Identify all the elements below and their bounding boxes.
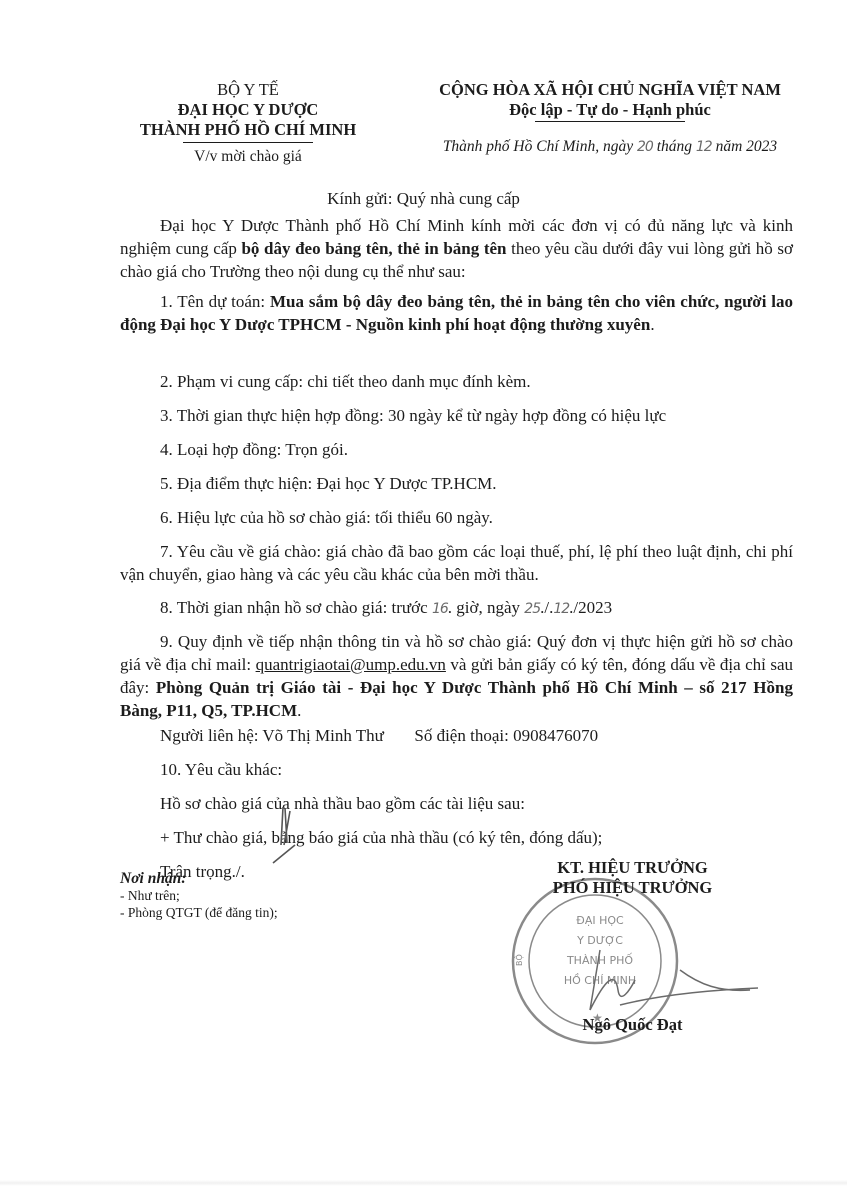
motto-divider xyxy=(535,121,685,122)
contact-info: Người liên hệ: Võ Thị Minh Thư Số điện t… xyxy=(160,724,598,747)
item-8-mid: . giờ, ngày xyxy=(448,598,525,617)
deadline-day-handwritten: 25 xyxy=(524,601,540,617)
item-2-scope: 2. Phạm vi cung cấp: chi tiết theo danh … xyxy=(160,370,531,393)
item-8-label: 8. Thời gian nhận hồ sơ chào giá: trước xyxy=(160,598,432,617)
recipient-item: - Như trên; xyxy=(120,887,278,904)
header-divider xyxy=(183,142,313,143)
contact-phone: Số điện thoại: 0908476070 xyxy=(414,726,598,745)
svg-text:BỘ: BỘ xyxy=(513,954,524,966)
salutation: Kính gửi: Quý nhà cung cấp xyxy=(0,187,847,210)
intro-paragraph: Đại học Y Dược Thành phố Hồ Chí Minh kín… xyxy=(120,214,793,283)
recipients-block: Nơi nhận: - Như trên; - Phòng QTGT (để đ… xyxy=(120,870,278,921)
item-8-year: ./2023 xyxy=(569,598,612,617)
item-8-deadline: 8. Thời gian nhận hồ sơ chào giá: trước … xyxy=(160,596,612,621)
signature-title-2: PHÓ HIỆU TRƯỞNG xyxy=(520,878,745,898)
date-month-label: tháng xyxy=(657,138,692,155)
contact-person: Người liên hệ: Võ Thị Minh Thư xyxy=(160,726,384,745)
item-10-other-requirements: 10. Yêu cầu khác: xyxy=(160,758,282,781)
university-name-line1: ĐẠI HỌC Y DƯỢC xyxy=(108,100,388,120)
initials-mark-icon xyxy=(265,805,305,865)
signature-icon xyxy=(560,930,760,1020)
item-6-validity: 6. Hiệu lực của hồ sơ chào giá: tối thiể… xyxy=(160,506,493,529)
intro-product: bộ dây đeo bảng tên, thẻ in bảng tên xyxy=(241,239,506,258)
date-day-handwritten: 20 xyxy=(637,139,653,155)
email-link[interactable]: quantrigiaotai@ump.edu.vn xyxy=(256,655,446,674)
item-4-contract-type: 4. Loại hợp đồng: Trọn gói. xyxy=(160,438,348,461)
item-7-price-requirements: 7. Yêu cầu về giá chào: giá chào đã bao … xyxy=(120,540,793,586)
item-1-label: 1. Tên dự toán: xyxy=(160,292,270,311)
signature-title-1: KT. HIỆU TRƯỞNG xyxy=(520,858,745,878)
deadline-hour-handwritten: 16 xyxy=(432,601,448,617)
recipients-title: Nơi nhận: xyxy=(120,870,278,887)
item-9-submission: 9. Quy định về tiếp nhận thông tin và hồ… xyxy=(120,630,793,722)
recipient-item: - Phòng QTGT (để đăng tin); xyxy=(120,904,278,921)
document-date: Thành phố Hồ Chí Minh, ngày 20 tháng 12 … xyxy=(405,138,815,156)
date-prefix: Thành phố Hồ Chí Minh, ngày xyxy=(443,138,633,155)
item-9-end: . xyxy=(297,701,301,720)
item-10-line-2: + Thư chào giá, bảng báo giá của nhà thầ… xyxy=(160,826,602,849)
country-name: CỘNG HÒA XÃ HỘI CHỦ NGHĨA VIỆT NAM xyxy=(405,80,815,100)
national-motto: Độc lập - Tự do - Hạnh phúc xyxy=(405,100,815,120)
signatory-name: Ngô Quốc Đạt xyxy=(520,1015,745,1035)
national-header: CỘNG HÒA XÃ HỘI CHỦ NGHĨA VIỆT NAM Độc l… xyxy=(405,80,815,156)
item-8-sep: ./. xyxy=(540,598,553,617)
date-year: năm 2023 xyxy=(716,138,778,155)
item-1-project-name: 1. Tên dự toán: Mua sắm bộ dây đeo bảng … xyxy=(120,290,793,336)
university-name-line2: THÀNH PHỐ HỒ CHÍ MINH xyxy=(108,120,388,140)
item-5-location: 5. Địa điểm thực hiện: Đại học Y Dược TP… xyxy=(160,472,497,495)
signature-block: KT. HIỆU TRƯỞNG PHÓ HIỆU TRƯỞNG xyxy=(520,858,745,898)
ministry-name: BỘ Y TẾ xyxy=(108,80,388,100)
item-10-line-1: Hồ sơ chào giá của nhà thầu bao gồm các … xyxy=(160,792,525,815)
submission-address: Phòng Quản trị Giáo tài - Đại học Y Dược… xyxy=(120,678,793,720)
deadline-month-handwritten: 12 xyxy=(553,601,569,617)
item-1-end: . xyxy=(650,315,654,334)
subject-line: V/v mời chào giá xyxy=(108,147,388,167)
scan-edge xyxy=(0,1180,847,1186)
date-month-handwritten: 12 xyxy=(696,139,712,155)
item-3-duration: 3. Thời gian thực hiện hợp đồng: 30 ngày… xyxy=(160,404,666,427)
issuer-header: BỘ Y TẾ ĐẠI HỌC Y DƯỢC THÀNH PHỐ HỒ CHÍ … xyxy=(108,80,388,167)
svg-text:ĐẠI HỌC: ĐẠI HỌC xyxy=(576,914,624,927)
